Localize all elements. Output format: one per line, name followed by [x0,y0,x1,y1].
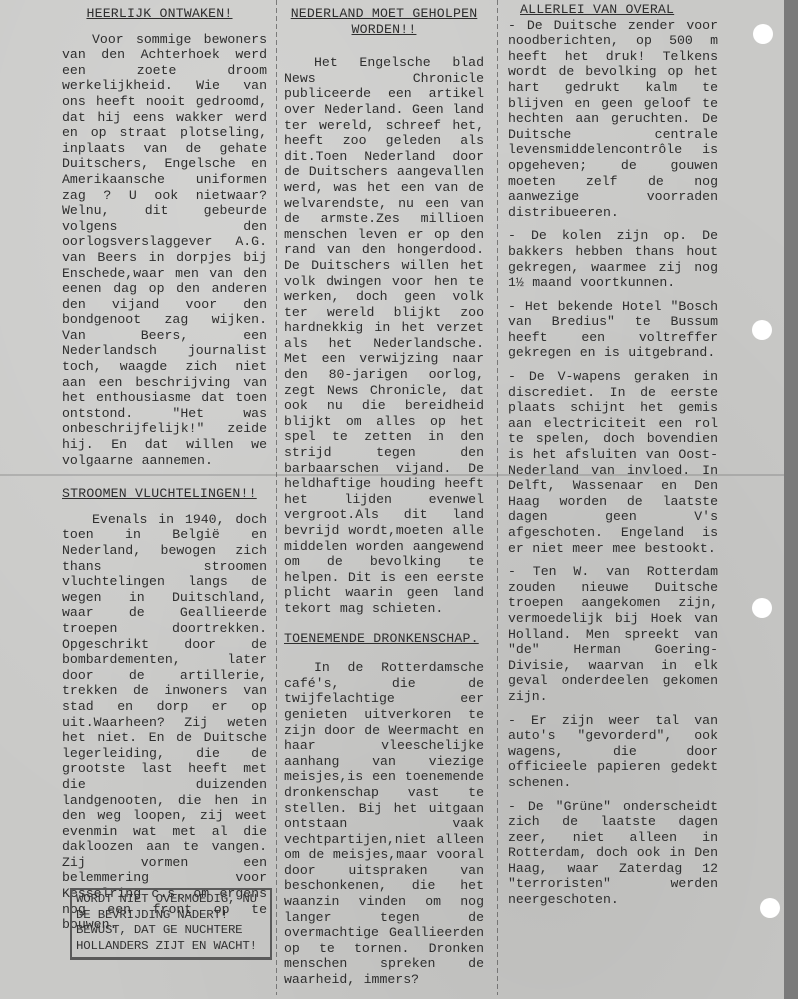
column-divider [497,0,498,995]
article-heading: ALLERLEI VAN OVERAL [520,2,718,18]
punch-hole [753,24,773,44]
article-heading: TOENEMENDE DRONKENSCHAP. [284,631,484,647]
punch-hole [752,320,772,340]
punch-hole [760,898,780,918]
news-item: - De "Grüne" onderscheidt zich de laatst… [508,799,718,908]
article-heading: NEDERLAND MOET GEHOLPEN WORDEN!! [284,6,484,37]
newsletter-page: HEERLIJK ONTWAKEN! Voor sommige bewoners… [0,0,784,999]
column-2: NEDERLAND MOET GEHOLPEN WORDEN!! Het Eng… [284,6,484,988]
news-item: - De kolen zijn op. De bakkers hebben th… [508,228,718,290]
column-1: HEERLIJK ONTWAKEN! Voor sommige bewoners… [62,6,267,933]
news-item: - Er zijn weer tal van auto's "gevorderd… [508,713,718,791]
article-body: Het Engelsche blad News Chronicle public… [284,55,484,616]
news-item: - De V-wapens geraken in discrediet. In … [508,369,718,556]
news-item: - De Duitsche zender voor noodberichten,… [508,18,718,221]
news-item: - Het bekende Hotel "Bosch van Bredius" … [508,299,718,361]
news-item: - Ten W. van Rotterdam zouden nieuwe Dui… [508,564,718,704]
scan-edge [784,0,798,999]
article-body: Voor sommige bewoners van den Achterhoek… [62,32,267,469]
article-body: Evenals in 1940, doch toen in België en … [62,512,267,933]
article-body: In de Rotterdamsche café's, die de twijf… [284,660,484,987]
punch-hole [752,598,772,618]
article-heading: HEERLIJK ONTWAKEN! [52,6,267,22]
article-heading: STROOMEN VLUCHTELINGEN!! [62,486,267,502]
boxed-notice: WORDT NIET OVERMOEDIG, NU DE BEVRIJDING … [70,888,272,960]
column-divider [276,0,277,995]
column-3: ALLERLEI VAN OVERAL - De Duitsche zender… [508,2,718,908]
